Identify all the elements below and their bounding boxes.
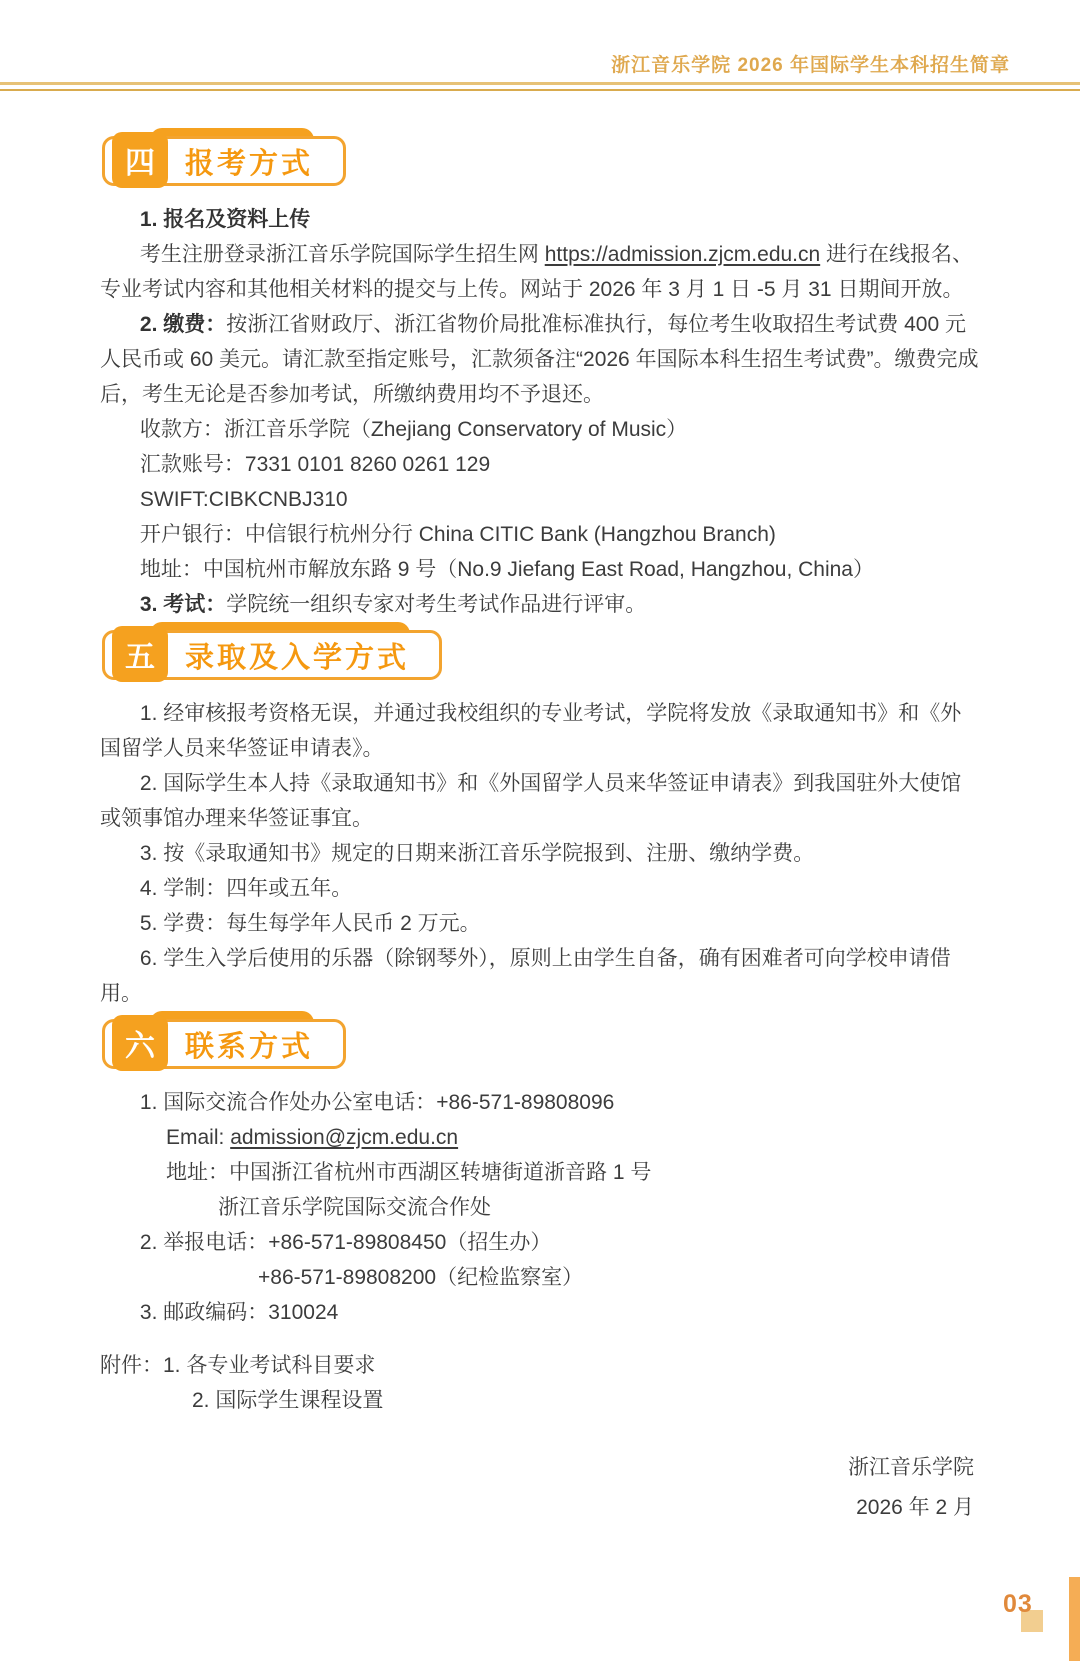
section-title: 录取及入学方式 (185, 635, 409, 676)
header-double-rule (0, 82, 1080, 91)
postal-code-line: 3. 邮政编码：310024 (100, 1295, 980, 1330)
item-registration-heading: 1. 报名及资料上传 (100, 202, 980, 237)
report-phone-line2: +86-571-89808200（纪检监察室） (100, 1260, 980, 1295)
admission-website-link[interactable]: https://admission.zjcm.edu.cn (545, 243, 820, 266)
right-edge-accent-bar (1069, 1577, 1080, 1661)
signature-org: 浙江音乐学院 (100, 1448, 974, 1488)
signature-date: 2026 年 2 月 (100, 1488, 974, 1528)
paragraph-exam: 3. 考试：学院统一组织专家对考生考试作品进行评审。 (100, 587, 980, 622)
running-head-title: 浙江音乐学院 2026 年国际学生本科招生简章 (611, 50, 1010, 77)
attachments-block: 附件：1. 各专业考试科目要求 2. 国际学生课程设置 (100, 1348, 980, 1418)
item-label: 1. 报名及资料上传 (140, 208, 310, 231)
report-phone-line1: 2. 举报电话：+86-571-89808450（招生办） (100, 1225, 980, 1260)
contact-address-line1: 地址：中国浙江省杭州市西湖区转塘街道浙音路 1 号 (100, 1155, 980, 1190)
attachment-line-1: 附件：1. 各专业考试科目要求 (100, 1348, 980, 1383)
item-label-payment: 2. 缴费： (140, 313, 226, 336)
item-label-exam: 3. 考试： (140, 593, 226, 616)
attachment-line-2: 2. 国际学生课程设置 (100, 1383, 980, 1418)
content-column: 报考方式 四 1. 报名及资料上传 考生注册登录浙江音乐学院国际学生招生网 ht… (100, 136, 980, 1528)
text-before-link: 考生注册登录浙江音乐学院国际学生招生网 (140, 243, 545, 266)
section-header-contact: 联系方式 六 (102, 1019, 346, 1069)
section-application-body: 1. 报名及资料上传 考生注册登录浙江音乐学院国际学生招生网 https://a… (100, 202, 980, 622)
exam-text: 学院统一组织专家对考生考试作品进行评审。 (226, 593, 646, 616)
line-payee: 收款方：浙江音乐学院（Zhejiang Conservatory of Musi… (100, 412, 980, 447)
section-title: 报考方式 (185, 141, 313, 182)
section-admission-body: 1. 经审核报考资格无误，并通过我校组织的专业考试，学院将发放《录取通知书》和《… (100, 696, 980, 1011)
contact-address-line2: 浙江音乐学院国际交流合作处 (100, 1190, 980, 1225)
line-bank-address: 地址：中国杭州市解放东路 9 号（No.9 Jiefang East Road,… (100, 552, 980, 587)
section-title: 联系方式 (185, 1024, 313, 1065)
line-account-number: 汇款账号：7331 0101 8260 0261 129 (100, 447, 980, 482)
admission-email-link[interactable]: admission@zjcm.edu.cn (230, 1126, 458, 1149)
admission-item: 6. 学生入学后使用的乐器（除钢琴外），原则上由学生自备，确有困难者可向学校申请… (100, 941, 980, 1011)
section-number-badge: 四 (112, 132, 168, 188)
section-header-application: 报考方式 四 (102, 136, 346, 186)
contact-email-line: Email: admission@zjcm.edu.cn (100, 1120, 980, 1155)
section-number-badge: 六 (112, 1015, 168, 1071)
line-swift-code: SWIFT:CIBKCNBJ310 (100, 482, 980, 517)
email-label: Email: (166, 1126, 230, 1149)
admission-item: 2. 国际学生本人持《录取通知书》和《外国留学人员来华签证申请表》到我国驻外大使… (100, 766, 980, 836)
payment-text: 按浙江省财政厅、浙江省物价局批准标准执行，每位考生收取招生考试费 400 元人民… (100, 313, 979, 406)
contact-office-phone: 1. 国际交流合作处办公室电话：+86-571-89808096 (100, 1085, 980, 1120)
section-header-admission: 录取及入学方式 五 (102, 630, 442, 680)
admission-item: 4. 学制：四年或五年。 (100, 871, 980, 906)
section-contact-body: 1. 国际交流合作处办公室电话：+86-571-89808096 Email: … (100, 1085, 980, 1330)
signature-block: 浙江音乐学院 2026 年 2 月 (100, 1448, 980, 1528)
admission-item: 5. 学费：每生每学年人民币 2 万元。 (100, 906, 980, 941)
document-page: 浙江音乐学院 2026 年国际学生本科招生简章 报考方式 四 1. 报名及资料上… (0, 0, 1080, 1661)
admission-item: 3. 按《录取通知书》规定的日期来浙江音乐学院报到、注册、缴纳学费。 (100, 836, 980, 871)
section-number-badge: 五 (112, 626, 168, 682)
paragraph-payment: 2. 缴费：按浙江省财政厅、浙江省物价局批准标准执行，每位考生收取招生考试费 4… (100, 307, 980, 412)
page-number: 03 (1003, 1590, 1033, 1619)
line-bank: 开户银行：中信银行杭州分行 China CITIC Bank (Hangzhou… (100, 517, 980, 552)
paragraph-registration: 考生注册登录浙江音乐学院国际学生招生网 https://admission.zj… (100, 237, 980, 307)
admission-item: 1. 经审核报考资格无误，并通过我校组织的专业考试，学院将发放《录取通知书》和《… (100, 696, 980, 766)
